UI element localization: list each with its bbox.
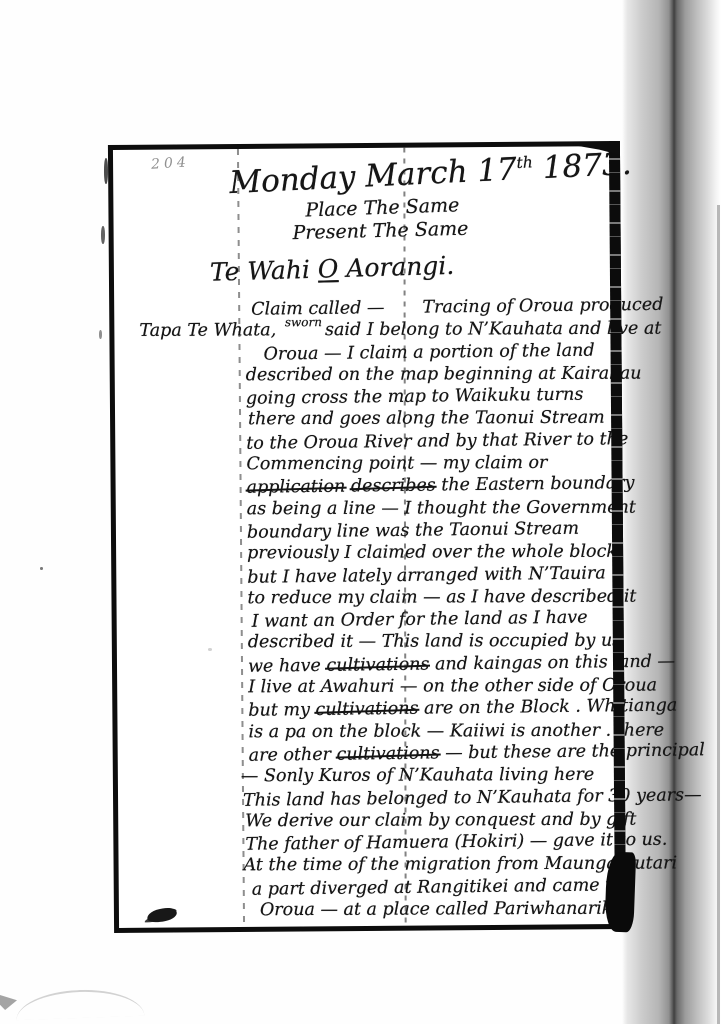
line-segment: Oroua — I claim a portion of the land: [263, 340, 594, 364]
line-segment: boundary line was the Taonui Stream: [247, 519, 579, 543]
line-segment: Tracing of Oroua produced: [422, 295, 663, 318]
line-segment: O: [317, 254, 338, 284]
line-segment: Oroua — at a place called Pariwhanariki: [260, 899, 618, 921]
manuscript-line: Oroua — at a place called Pariwhanariki: [260, 898, 630, 922]
line-segment: are other: [249, 745, 337, 766]
line-segment: I want an Order for the land as I have: [252, 608, 588, 632]
line-segment: cultivations: [315, 699, 418, 720]
manuscript-line: previously I claimed over the whole bloc…: [247, 541, 627, 565]
line-segment: application: [246, 477, 345, 498]
line-segment: th: [516, 153, 533, 172]
scan-speck: [101, 226, 105, 244]
line-segment: we have: [248, 656, 327, 677]
manuscript-line: This land has belonged to N’Kauhata for …: [243, 785, 629, 812]
frame-corner-blob: [604, 852, 636, 933]
line-segment: going cross the map to Waikuku turns: [246, 385, 584, 409]
line-segment: Tapa Te Whata,: [139, 321, 282, 342]
manuscript-line: as being a line — I thought the Governme…: [247, 496, 627, 520]
line-segment: Te Wahi: [210, 255, 319, 287]
line-segment: Aorangi.: [338, 251, 455, 283]
page-number: 204: [151, 154, 191, 172]
manuscript-line: Tapa Te Whata, swornsaid I belong to N’K…: [139, 318, 625, 342]
line-segment: cultivations: [336, 743, 439, 764]
line-segment: described it — This land is occupied by …: [248, 631, 621, 653]
scan-speck: [99, 330, 102, 339]
line-segment: there and goes along the Taonui Stream: [248, 408, 605, 430]
line-segment: but I have lately arranged with N’Tauira: [247, 563, 606, 587]
heading-present: Present The Same: [292, 218, 468, 244]
page-bottom-curl-mark: [16, 988, 145, 1020]
line-segment: cultivations: [326, 654, 429, 675]
line-segment: to reduce my claim — as I have described…: [247, 586, 636, 608]
line-segment: as being a line — I thought the Governme…: [247, 497, 636, 519]
line-segment: Monday March 17: [229, 151, 518, 201]
line-segment: I live at Awahuri — on the other side of…: [248, 676, 657, 698]
line-segment: are on the Block . Whitianga: [418, 696, 677, 719]
line-segment: Commencing point — my claim or: [246, 453, 547, 474]
heading-place: Place The Same: [305, 194, 460, 221]
manuscript-line: but my cultivations are on the Block . W…: [248, 695, 628, 722]
line-segment: but my: [248, 700, 315, 721]
line-segment: — but these are the principal: [439, 740, 704, 763]
corner-smudge: [0, 995, 17, 1010]
manuscript-line: application describes the Eastern bounda…: [246, 473, 626, 500]
manuscript-line: a part diverged at Rangitikei and came t…: [252, 874, 630, 901]
line-segment: a part diverged at Rangitikei and came t…: [252, 875, 623, 900]
manuscript-line: but I have lately arranged with N’Tauira: [247, 562, 627, 589]
line-segment: The father of Hamuera (Hokiri) — gave it…: [245, 830, 667, 855]
manuscript-line: — Sonly Kuros of N’Kauhata living here: [241, 764, 629, 788]
line-segment: and kaingas on this land —: [429, 651, 675, 674]
line-segment: sworn: [285, 311, 322, 333]
manuscript-line: we have cultivations and kaingas on this…: [248, 651, 628, 678]
line-segment: is a pa on the block — Kaiiwi is another…: [248, 720, 664, 742]
line-segment: described on the map beginning at Kairak…: [246, 363, 642, 385]
heading-date: Monday March 17th 1873.: [229, 146, 633, 201]
manuscript-line: At the time of the migration from Maunga…: [244, 853, 630, 877]
case-title: Te Wahi O Aorangi.: [210, 251, 455, 287]
line-segment: previously I claimed over the whole bloc…: [247, 542, 617, 564]
line-segment: to the Oroua River and by that River to …: [246, 429, 628, 454]
testimony-body: Claim called —Tracing of Oroua producedT…: [245, 295, 630, 922]
scanned-manuscript-page: 204 Monday March 17th 1873. Place The Sa…: [0, 0, 724, 1024]
scan-speck: [40, 567, 43, 570]
manuscript-line: there and goes along the Taonui Stream: [248, 407, 626, 431]
manuscript-line: is a pa on the block — Kaiiwi is another…: [248, 719, 628, 743]
manuscript-line: described it — This land is occupied by …: [248, 630, 628, 654]
line-segment: We derive our claim by conquest and by g…: [245, 809, 636, 831]
ink-blot: [146, 907, 177, 924]
line-segment: describes: [351, 476, 436, 497]
line-segment: — Sonly Kuros of N’Kauhata living here: [241, 765, 594, 787]
manuscript-frame: 204 Monday March 17th 1873. Place The Sa…: [108, 141, 626, 933]
page-edge-line: [717, 205, 720, 1024]
line-segment: the Eastern boundary: [436, 473, 635, 495]
manuscript-line: to the Oroua River and by that River to …: [246, 428, 626, 455]
manuscript-line: Oroua — I claim a portion of the land: [263, 339, 625, 366]
